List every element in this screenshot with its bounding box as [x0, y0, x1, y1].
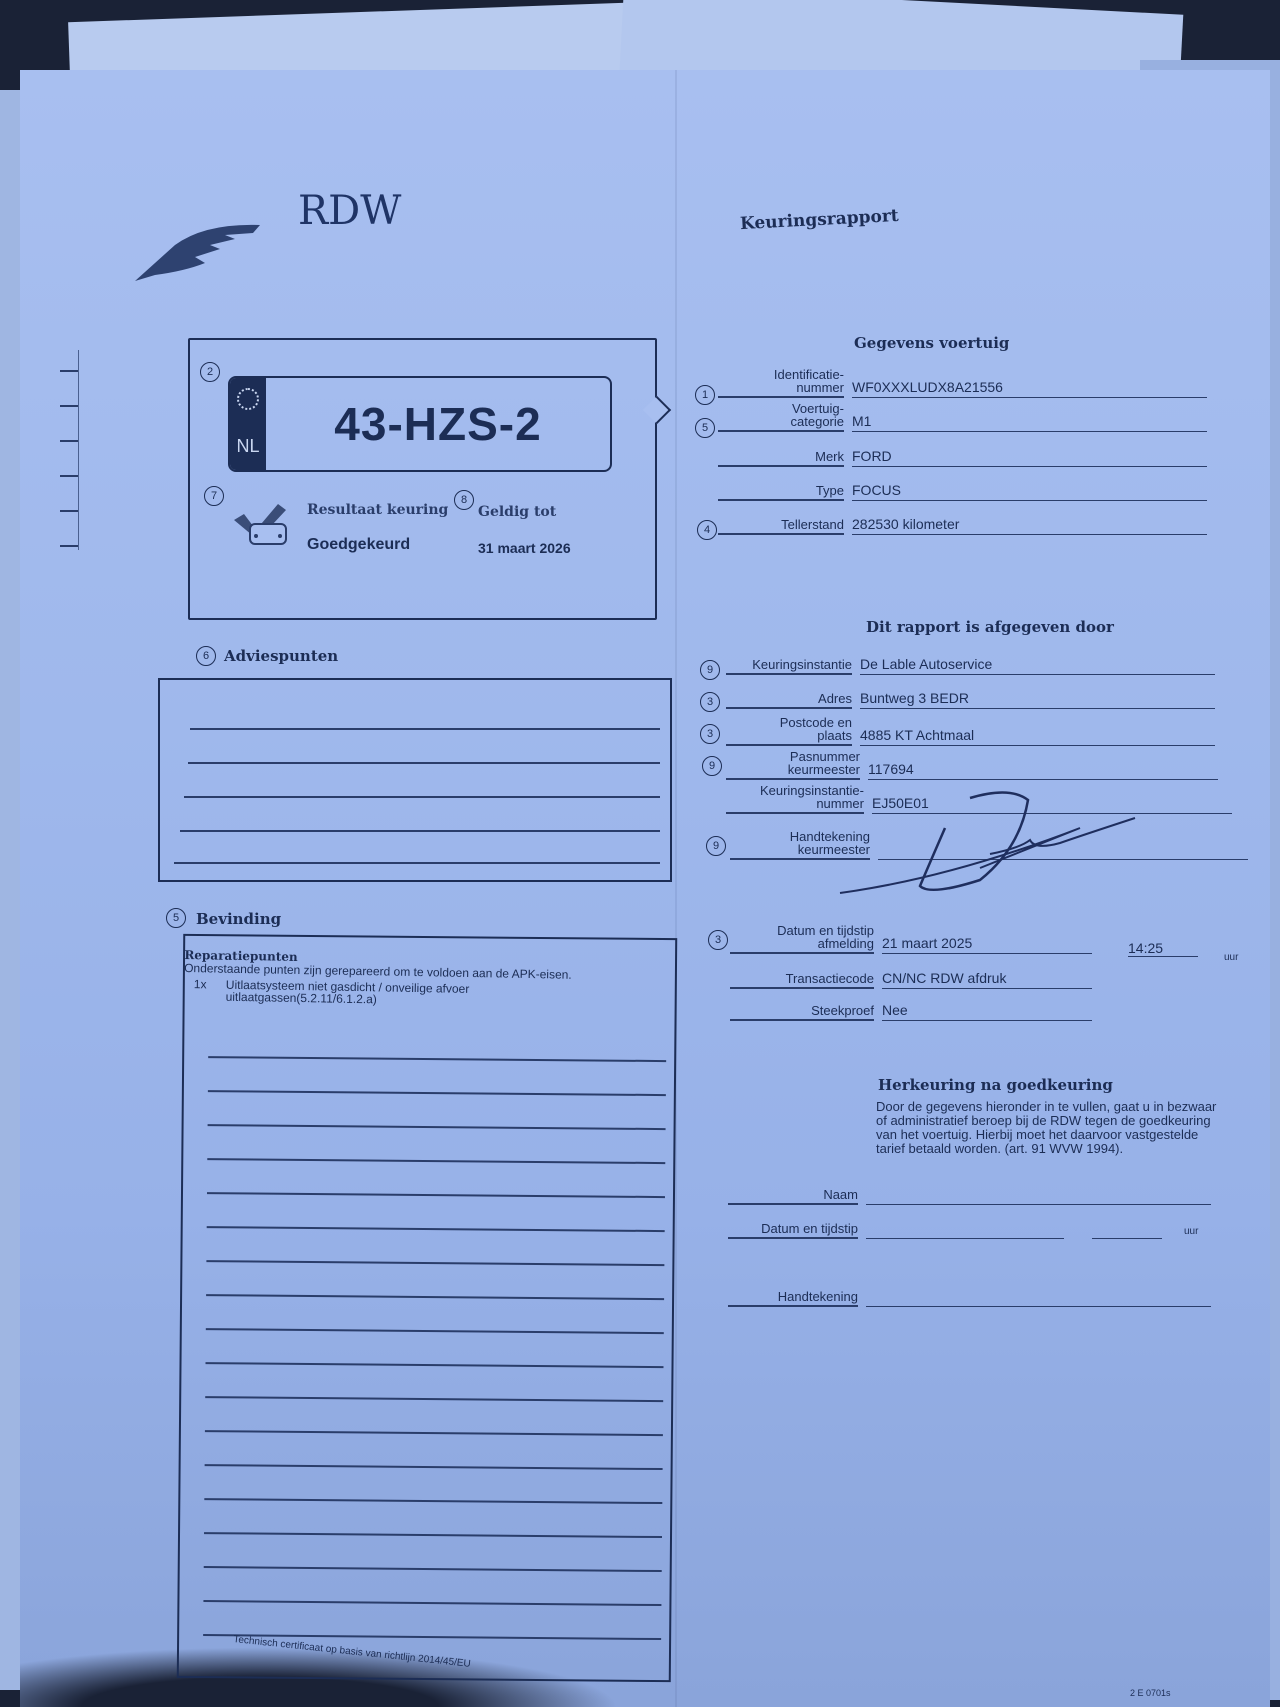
marker: 6 [196, 646, 216, 666]
marker-valid: 8 [454, 490, 474, 510]
afmelding-row-sample: Steekproef Nee [730, 1002, 1092, 1021]
vehicle-row-vin: Identificatie-nummer WF0XXXLUDX8A21556 [718, 368, 1207, 398]
vin-value: WF0XXXLUDX8A21556 [852, 379, 1207, 398]
transaction-value: CN/NC RDW afdruk [882, 970, 1092, 989]
afmelding-row-date: Datum en tijdstipafmelding 21 maart 2025 [730, 924, 1092, 954]
field-label: Merk [718, 442, 844, 467]
date-input[interactable] [866, 1222, 1064, 1239]
bevinding-box [177, 934, 677, 1682]
address-value: Buntweg 3 BEDR [860, 690, 1215, 709]
vehicle-row-type: Type FOCUS [718, 476, 1207, 501]
issuer-row-address: Adres Buntweg 3 BEDR [726, 690, 1215, 709]
field-label: Adres [726, 692, 852, 709]
rdw-brand: RDW [298, 188, 401, 234]
herkeuring-text: Door de gegevens hieronder in te vullen,… [876, 1100, 1221, 1156]
repair-text: Uitlaatsysteem niet gasdicht / onveilige… [226, 979, 586, 1009]
postcode-value: 4885 KT Achtmaal [860, 727, 1215, 746]
field-label: Datum en tijdstip [728, 1222, 858, 1239]
issuer-row-pass-number: Pasnummerkeurmeester 117694 [726, 750, 1218, 780]
plate-number: 43-HZS-2 [266, 378, 610, 470]
eu-stars-icon [237, 388, 259, 410]
field-label: Transactiecode [730, 972, 874, 989]
field-label: plaats [817, 728, 852, 743]
field-label: nummer [796, 380, 844, 395]
form-code: 2 E 0701s [1130, 1688, 1171, 1698]
license-plate: NL 43-HZS-2 [228, 376, 612, 472]
margin-ticks [60, 370, 78, 580]
advies-box [158, 678, 672, 882]
time-input[interactable] [1092, 1222, 1162, 1239]
advies-title: Adviespunten [224, 647, 338, 665]
pass-number-value: 117694 [868, 761, 1218, 780]
valid-until-value: 31 maart 2026 [478, 540, 571, 556]
field-label: Keuringsinstantie [726, 658, 852, 675]
result-label: Resultaat keuring [307, 502, 448, 518]
odometer-value: 282530 kilometer [852, 516, 1207, 535]
vehicle-section-title: Gegevens voertuig [854, 334, 1009, 352]
marker: 9 [700, 660, 720, 680]
time-value: 14:25 [1128, 940, 1198, 957]
vehicle-row-category: Voertuig-categorie M1 [718, 402, 1207, 432]
marker: 5 [695, 418, 715, 438]
field-label: Handtekening [728, 1290, 858, 1307]
vehicle-row-brand: Merk FORD [718, 442, 1207, 467]
eu-band: NL [230, 378, 266, 470]
vehicle-row-odometer: Tellerstand 282530 kilometer [718, 510, 1207, 535]
bevinding-title: Bevinding [196, 910, 281, 928]
marker: 4 [697, 520, 717, 540]
issuer-row-station: Keuringsinstantie De Lable Autoservice [726, 656, 1215, 675]
rdw-feather-logo-icon [135, 215, 275, 290]
field-label: Steekproef [730, 1004, 874, 1021]
time-unit: uur [1184, 1226, 1198, 1239]
marker: 3 [700, 692, 720, 712]
category-value: M1 [852, 413, 1207, 432]
herkeuring-row-name: Naam [728, 1188, 1211, 1205]
herkeuring-row-datetime: Datum en tijdstip uur [728, 1222, 1198, 1239]
issuer-row-postcode: Postcode enplaats 4885 KT Achtmaal [726, 716, 1215, 746]
country-code: NL [230, 436, 266, 457]
field-label: Type [718, 476, 844, 501]
afmelding-row-transaction: Transactiecode CN/NC RDW afdruk [730, 970, 1092, 989]
issuer-section-title: Dit rapport is afgegeven door [866, 618, 1114, 636]
valid-until-label: Geldig tot [478, 504, 556, 520]
date-value: 21 maart 2025 [882, 935, 1092, 954]
car-checkmark-icon [232, 500, 292, 555]
herkeuring-title: Herkeuring na goedkeuring [878, 1076, 1113, 1094]
field-label: Tellerstand [718, 510, 844, 535]
marker: 9 [706, 836, 726, 856]
marker: 1 [695, 385, 715, 405]
signature-input[interactable] [866, 1290, 1211, 1307]
marker: 9 [702, 756, 722, 776]
marker-plate: 2 [200, 362, 220, 382]
type-value: FOCUS [852, 482, 1207, 501]
sample-value: Nee [882, 1002, 1092, 1021]
marker-result: 7 [204, 486, 224, 506]
station-value: De Lable Autoservice [860, 656, 1215, 675]
handwritten-signature-icon [830, 788, 1150, 903]
fold-line [675, 70, 677, 1707]
repair-qty: 1x [184, 978, 226, 1003]
field-label: keurmeester [788, 762, 860, 777]
marker: 3 [700, 724, 720, 744]
herkeuring-row-signature: Handtekening [728, 1290, 1211, 1307]
brand-value: FORD [852, 448, 1207, 467]
result-value: Goedgekeurd [307, 536, 410, 554]
repair-points: Reparatiepunten Onderstaande punten zijn… [184, 948, 645, 1010]
marker: 5 [166, 908, 186, 928]
name-input[interactable] [866, 1188, 1211, 1205]
marker: 3 [708, 930, 728, 950]
field-label: categorie [791, 414, 844, 429]
field-label: afmelding [818, 936, 874, 951]
margin-ruler [78, 350, 79, 550]
field-label[interactable]: Naam [728, 1188, 858, 1205]
time-unit: uur [1224, 952, 1238, 963]
